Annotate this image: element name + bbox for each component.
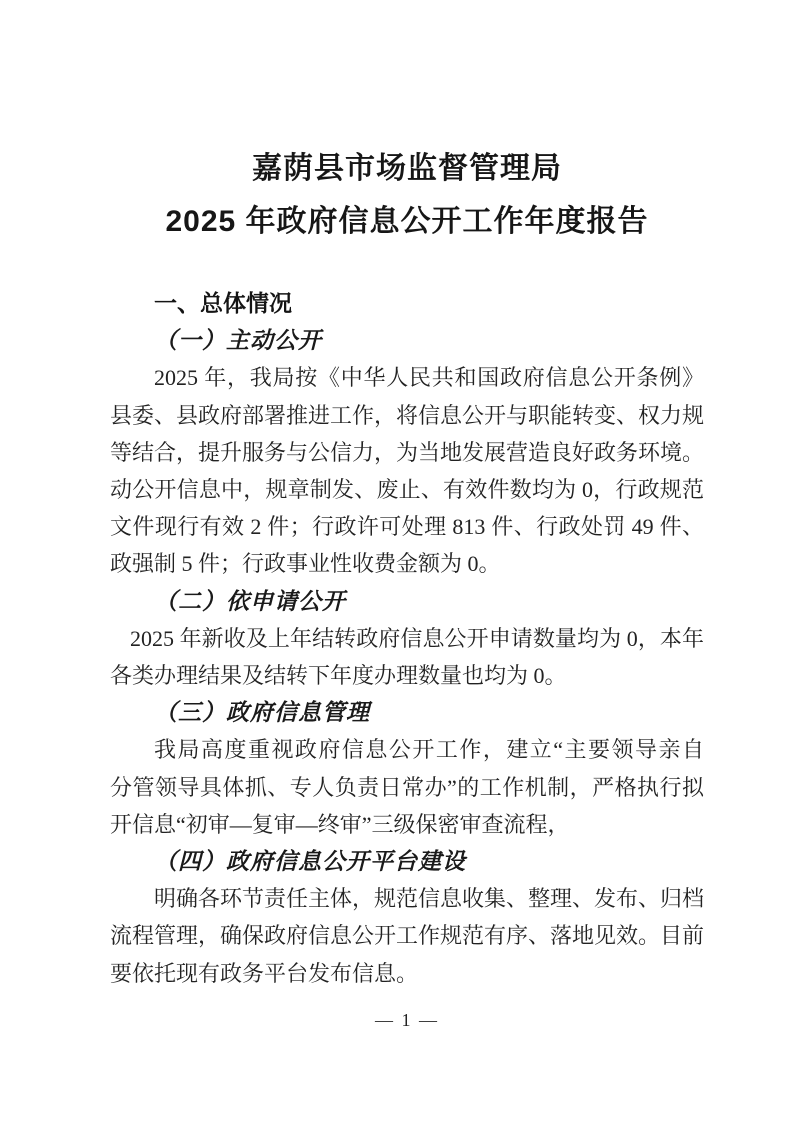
body-line: 各类办理结果及结转下年度办理数量也均为 0。 <box>110 657 704 694</box>
body-line: 流程管理，确保政府信息公开工作规范有序、落地见效。目前主 <box>110 917 704 954</box>
heading-platform-construction: （四）政府信息公开平台建设 <box>110 843 748 880</box>
body-line: 要依托现有政务平台发布信息。 <box>110 955 704 992</box>
document-title-line2: 2025 年政府信息公开工作年度报告 <box>110 195 704 248</box>
body-line: 政强制 5 件；行政事业性收费金额为 0。 <box>110 545 704 582</box>
body-line: 开信息“初审—复审—终审”三级保密审查流程， <box>110 806 704 843</box>
body-line: 分管领导具体抓、专人负责日常办”的工作机制，严格执行拟公 <box>110 769 704 806</box>
body-line: 明确各环节责任主体，规范信息收集、整理、发布、归档全 <box>110 880 704 917</box>
heading-information-management: （三）政府信息管理 <box>110 694 748 731</box>
heading-proactive-disclosure: （一）主动公开 <box>110 322 748 359</box>
body-line: 2025 年，我局按《中华人民共和国政府信息公开条例》及 <box>110 359 704 396</box>
document-body: 一、总体情况 （一）主动公开 2025 年，我局按《中华人民共和国政府信息公开条… <box>110 285 704 992</box>
heading-overall-situation: 一、总体情况 <box>110 285 748 322</box>
body-line: 文件现行有效 2 件；行政许可处理 813 件、行政处罚 49 件、行 <box>110 508 704 545</box>
body-line: 2025 年新收及上年结转政府信息公开申请数量均为 0，本年度 <box>110 620 704 657</box>
document-title: 嘉荫县市场监督管理局 2025 年政府信息公开工作年度报告 <box>110 142 704 248</box>
body-line: 动公开信息中，规章制发、废止、有效件数均为 0，行政规范性 <box>110 471 704 508</box>
body-line: 等结合，提升服务与公信力，为当地发展营造良好政务环境。主 <box>110 434 704 471</box>
heading-disclosure-upon-request: （二）依申请公开 <box>110 583 748 620</box>
body-line: 县委、县政府部署推进工作，将信息公开与职能转变、权力规范 <box>110 397 704 434</box>
body-line: 我局高度重视政府信息公开工作，建立“主要领导亲自抓、 <box>110 731 704 768</box>
document-title-line1: 嘉荫县市场监督管理局 <box>110 142 704 195</box>
document-page: 嘉荫县市场监督管理局 2025 年政府信息公开工作年度报告 一、总体情况 （一）… <box>0 0 793 1122</box>
page-number: — 1 — <box>110 1006 704 1034</box>
